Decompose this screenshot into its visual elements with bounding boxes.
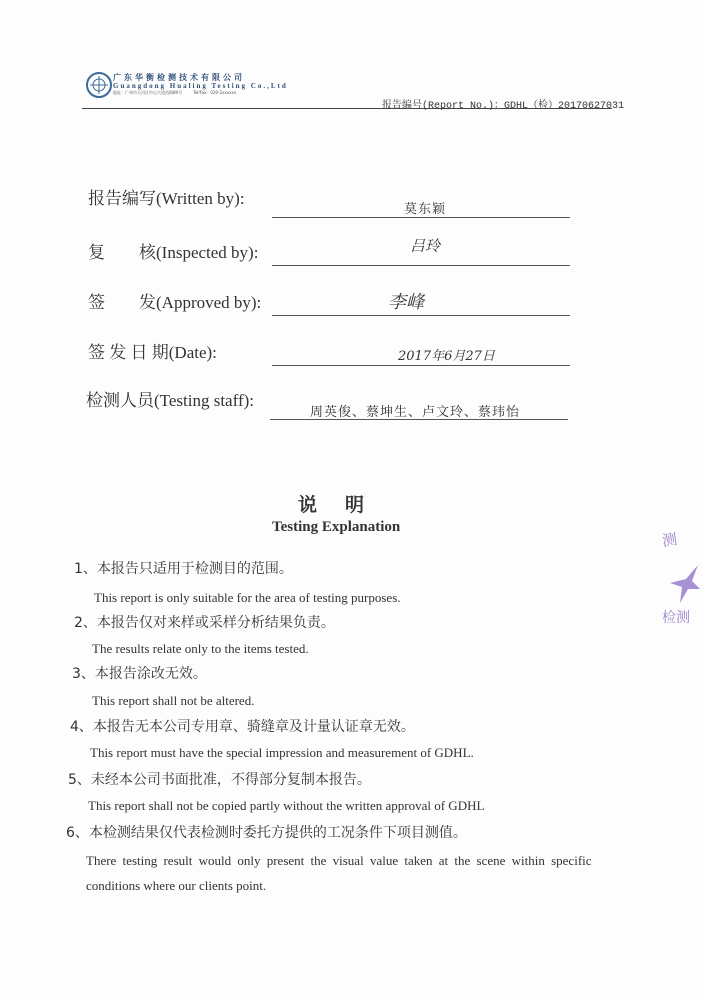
star-icon — [670, 565, 700, 603]
company-address: 地址：广州市天河区中山大道西路89号 — [113, 90, 182, 96]
explanation-title-cn: 说明 — [298, 490, 392, 517]
company-logo-icon — [86, 72, 112, 98]
header-divider — [82, 108, 612, 109]
date-signature: 2017年6月27日 — [398, 345, 495, 364]
written-by-label: 报告编写(Written by): — [88, 184, 245, 209]
inspected-by-signature: 吕玲 — [410, 235, 440, 256]
company-name-en: Guangdong Hualing Testing Co.,Ltd — [113, 82, 288, 90]
explanation-item-6-en-cont: conditions where our clients point. — [86, 878, 266, 894]
date-label: 签 发 日 期(Date): — [88, 338, 217, 363]
inspected-by-label: 复 核(Inspected by): — [88, 238, 258, 263]
written-by-line — [272, 217, 570, 218]
company-contact: Tel/Fax：020-2xxxxxx — [193, 90, 236, 96]
explanation-item-3-cn: 3、本报告涂改无效。 — [72, 663, 207, 683]
explanation-item-2-cn: 2、本报告仅对来样或采样分析结果负责。 — [74, 612, 335, 632]
seal-stamp: 测 检测 — [660, 515, 703, 645]
explanation-item-1-en: This report is only suitable for the are… — [94, 590, 401, 606]
explanation-item-4-en: This report must have the special impres… — [90, 745, 474, 761]
explanation-item-1-cn: 1、本报告只适用于检测目的范围。 — [74, 558, 293, 578]
explanation-item-3-en: This report shall not be altered. — [92, 693, 254, 709]
report-number: 报告编号(Report No.)：GDHL（检）20170627031 — [382, 96, 624, 112]
testing-staff-label: 检测人员(Testing staff): — [86, 386, 254, 411]
approved-by-signature: 李峰 — [388, 288, 424, 314]
date-line — [272, 365, 570, 366]
explanation-item-6-en: There testing result would only present … — [86, 853, 592, 869]
explanation-item-5-en: This report shall not be copied partly w… — [88, 798, 484, 814]
written-by-value: 莫东颖 — [404, 198, 446, 217]
approved-by-label: 签 发(Approved by): — [88, 288, 261, 313]
approved-by-line — [272, 315, 570, 316]
explanation-item-2-en: The results relate only to the items tes… — [92, 641, 309, 657]
inspected-by-line — [272, 265, 570, 266]
explanation-title-en: Testing Explanation — [272, 519, 400, 536]
stamp-text-bottom: 检测 — [662, 607, 690, 627]
explanation-item-6-cn: 6、本检测结果仅代表检测时委托方提供的工况条件下项目测值。 — [66, 822, 467, 842]
explanation-item-5-cn: 5、未经本公司书面批准，不得部分复制本报告。 — [68, 769, 371, 789]
testing-staff-value: 周英俊、蔡坤生、卢文玲、蔡玮怡 — [310, 401, 520, 420]
testing-staff-line — [270, 419, 568, 420]
stamp-text-top: 测 — [661, 528, 679, 551]
explanation-item-4-cn: 4、本报告无本公司专用章、骑缝章及计量认证章无效。 — [70, 716, 415, 736]
